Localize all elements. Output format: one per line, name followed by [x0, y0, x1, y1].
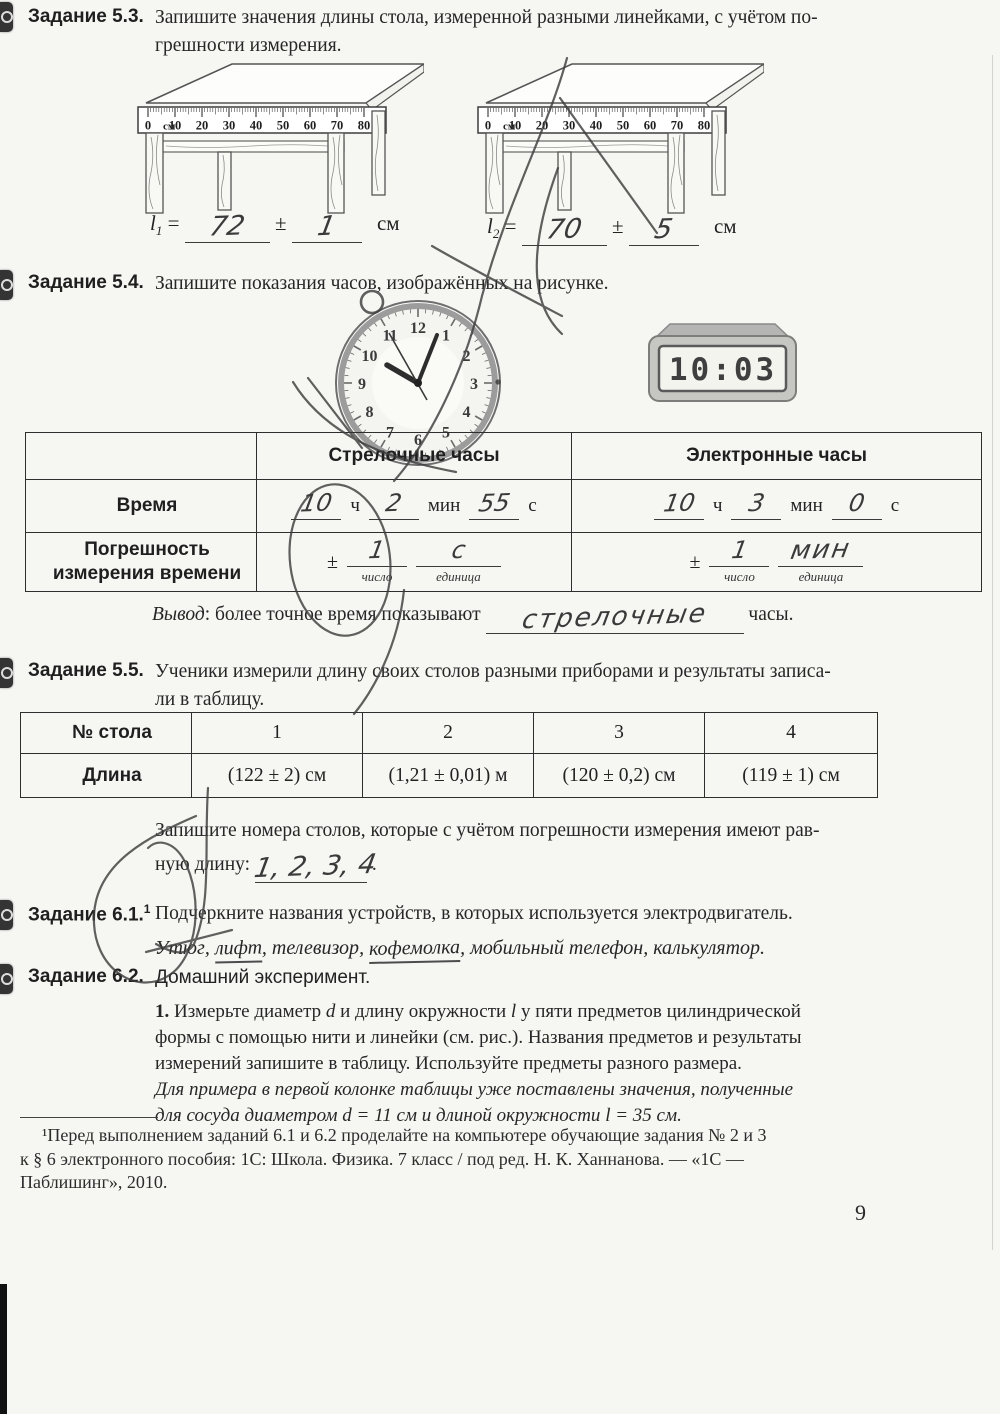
table-with-ruler-illustration-1: 01020304050607080см [132, 55, 424, 217]
svg-text:70: 70 [671, 119, 684, 133]
handwritten-l1-value: 72 [207, 212, 246, 240]
desk-number-cell: 4 [704, 713, 877, 753]
svg-text:0: 0 [145, 119, 151, 133]
mouse-icon [0, 270, 13, 300]
task-5-5-text-line2: ли в таблицу. [155, 689, 264, 711]
mouse-icon [0, 2, 13, 32]
task-5-3-text-line2: грешности измерения. [155, 35, 342, 57]
desk-length-cell: (1,21 ± 0,01) м [362, 753, 533, 797]
mouse-icon [0, 658, 13, 688]
mouse-icon-ring [1, 11, 13, 23]
table-with-ruler-illustration-2: 01020304050607080см [472, 55, 764, 217]
mouse-icon-ring [1, 909, 13, 921]
time-measurement-table: Стрелочные часы Электронные часы Время 1… [25, 432, 982, 592]
l2-symbol: l2 [487, 214, 499, 238]
l2-value-blank: 70 [522, 218, 607, 246]
svg-text:40: 40 [590, 119, 603, 133]
page-number: 9 [855, 1200, 866, 1226]
svg-text:70: 70 [331, 119, 344, 133]
svg-text:2: 2 [462, 348, 470, 365]
svg-text:9: 9 [358, 376, 366, 393]
digital-time-display: 10:03 [669, 352, 777, 388]
task-5-5-question-line1: Запишите номера столов, которые с учётом… [155, 820, 819, 842]
svg-text:см: см [503, 121, 516, 133]
equal-length-blank: 1, 2, 3, 4 [255, 855, 367, 883]
handwritten-l2-error: 5 [653, 216, 675, 244]
digital-error-cell: ± 1 число мин единица [571, 532, 981, 591]
svg-text:80: 80 [698, 119, 711, 133]
row-header-error: Погрешность измерения времени [26, 532, 256, 591]
l1-error-blank: 1 [292, 215, 362, 243]
desk-number-cell: 3 [533, 713, 704, 753]
conclusion-blank: стрелочные [486, 606, 744, 634]
svg-text:30: 30 [223, 119, 236, 133]
desk-number-cell: 2 [362, 713, 533, 753]
svg-text:12: 12 [410, 320, 426, 337]
row-header-desk-number: № стола [21, 713, 191, 753]
conclusion-suffix: часы. [748, 604, 793, 625]
task-5-5-heading: Задание 5.5. [28, 660, 144, 682]
device-list: Утюг, лифт, телевизор, кофемолка, мобиль… [155, 937, 765, 963]
conclusion-line: Вывод: более точное время показывают стр… [152, 604, 793, 634]
mouse-icon-ring [1, 279, 13, 291]
svg-text:40: 40 [250, 119, 263, 133]
svg-text:80: 80 [358, 119, 371, 133]
task-6-2-paragraph: 1. Измерьте диаметр d и длину окружности… [155, 999, 802, 1129]
desk-length-cell: (120 ± 0,2) см [533, 753, 704, 797]
digital-time-cell: 10 ч 3 мин 0 с [571, 479, 981, 532]
handwritten-digital-minutes: 3 [746, 490, 766, 518]
svg-text:0: 0 [485, 119, 491, 133]
mouse-icon [0, 900, 13, 930]
handwritten-desk-numbers: 1, 2, 3, 4 [252, 851, 378, 882]
handwritten-digital-error-number: 1 [729, 537, 749, 565]
svg-text:50: 50 [277, 119, 290, 133]
task-5-5-question-line2: ную длину: 1, 2, 3, 4 . [155, 854, 377, 883]
task-6-1-heading: Задание 6.1.1 [28, 902, 150, 926]
l1-symbol: l1 [150, 211, 162, 235]
desk-length-cell: (119 ± 1) см [704, 753, 877, 797]
footnote: ¹Перед выполнением заданий 6.1 и 6.2 про… [20, 1124, 766, 1195]
svg-text:30: 30 [563, 119, 576, 133]
handwritten-analog-seconds: 55 [476, 489, 512, 517]
analog-error-cell: ± 1 число с единица [256, 532, 571, 591]
handwritten-analog-minutes: 2 [384, 490, 404, 518]
scan-edge-artifact [0, 1284, 7, 1414]
footnote-reference: 1 [144, 902, 151, 916]
clock-center [414, 379, 422, 387]
handwritten-l1-error: 1 [316, 213, 338, 241]
mouse-icon-ring [1, 667, 13, 679]
row-header-length: Длина [21, 753, 191, 797]
svg-text:10: 10 [362, 348, 378, 365]
answer-l2: l2 = 70 ± 5 см [487, 214, 737, 246]
svg-text:60: 60 [304, 119, 317, 133]
answer-l1: l1 = 72 ± 1 см [150, 211, 400, 243]
svg-text:см: см [163, 121, 176, 133]
handwritten-digital-seconds: 0 [847, 490, 867, 518]
task-5-4-heading: Задание 5.4. [28, 272, 144, 294]
col-header-digital: Электронные часы [571, 433, 981, 479]
handwritten-analog-hours: 10 [299, 489, 335, 517]
footnote-divider [20, 1117, 158, 1118]
scanned-workbook-page: { "page": {"number": "9"}, "colors": {"i… [0, 0, 1000, 1414]
svg-text:20: 20 [196, 119, 209, 133]
empty-cell [26, 433, 256, 479]
handwritten-conclusion: стрелочные [520, 601, 709, 634]
svg-text:3: 3 [470, 376, 478, 393]
col-header-analog: Стрелочные часы [256, 433, 571, 479]
page-edge-line [992, 55, 993, 1250]
task-6-2-heading: Задание 6.2. [28, 966, 144, 988]
svg-text:8: 8 [366, 404, 374, 421]
row-header-time: Время [26, 479, 256, 532]
l2-error-blank: 5 [629, 218, 699, 246]
handwritten-digital-error-unit: мин [789, 536, 854, 565]
task-5-5-text-line1: Ученики измерили длину своих столов разн… [155, 661, 831, 683]
l1-value-blank: 72 [185, 215, 270, 243]
task-5-3-heading: Задание 5.3. [28, 6, 144, 28]
analog-time-cell: 10 ч 2 мин 55 с [256, 479, 571, 532]
desk-number-cell: 1 [191, 713, 362, 753]
task-6-1-text: Подчеркните названия устройств, в которы… [155, 903, 793, 925]
desk-length-results-table: № стола 1 2 3 4 Длина (122 ± 2) см (1,21… [20, 712, 878, 798]
svg-text:50: 50 [617, 119, 630, 133]
task-5-3-text-line1: Запишите значения длины стола, измеренно… [155, 7, 818, 29]
digital-clock: 10:03 [640, 316, 805, 408]
svg-text:20: 20 [536, 119, 549, 133]
handwritten-digital-hours: 10 [661, 489, 697, 517]
svg-text:1: 1 [442, 328, 450, 345]
handwritten-analog-error-number: 1 [367, 537, 387, 565]
svg-text:60: 60 [644, 119, 657, 133]
conclusion-lead: Вывод: более точное время показывают [152, 604, 481, 625]
svg-text:4: 4 [462, 404, 470, 421]
task-6-2-subtitle: Домашний эксперимент. [155, 967, 370, 989]
mouse-icon [0, 964, 13, 994]
handwritten-l2-value: 70 [544, 215, 583, 243]
handwritten-analog-error-unit: с [449, 537, 467, 564]
mouse-icon-ring [1, 973, 13, 985]
desk-length-cell: (122 ± 2) см [191, 753, 362, 797]
